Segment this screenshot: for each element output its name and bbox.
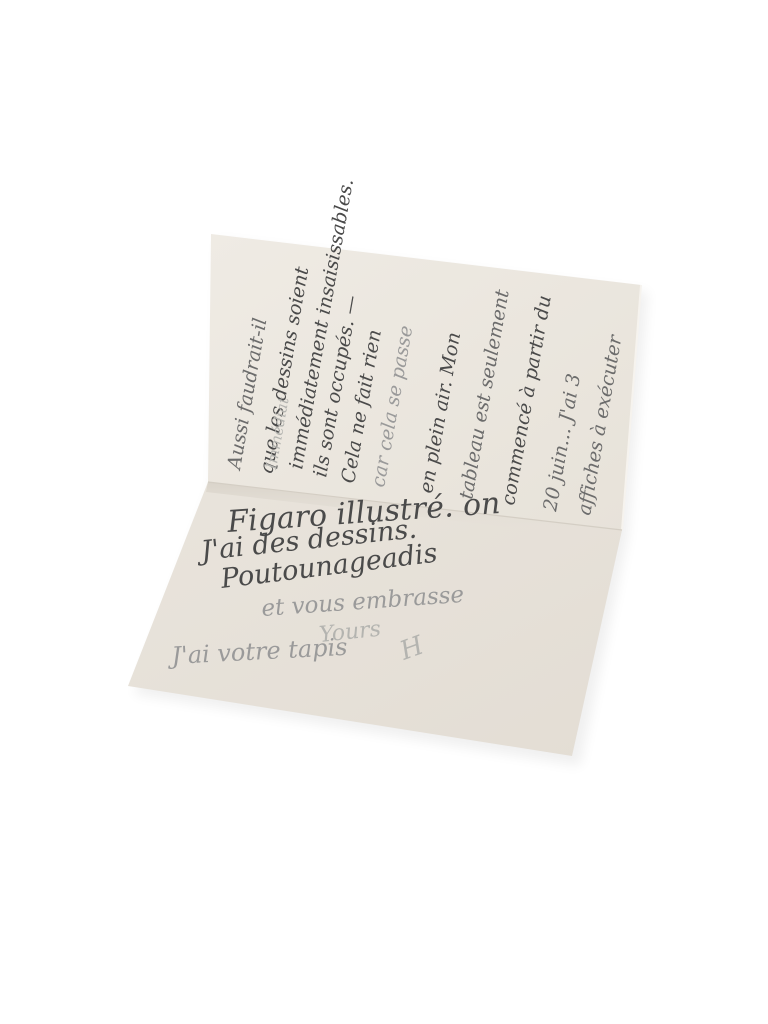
letter-photograph: Aussi faudrait-il que les dessins soient… [0,0,768,1024]
